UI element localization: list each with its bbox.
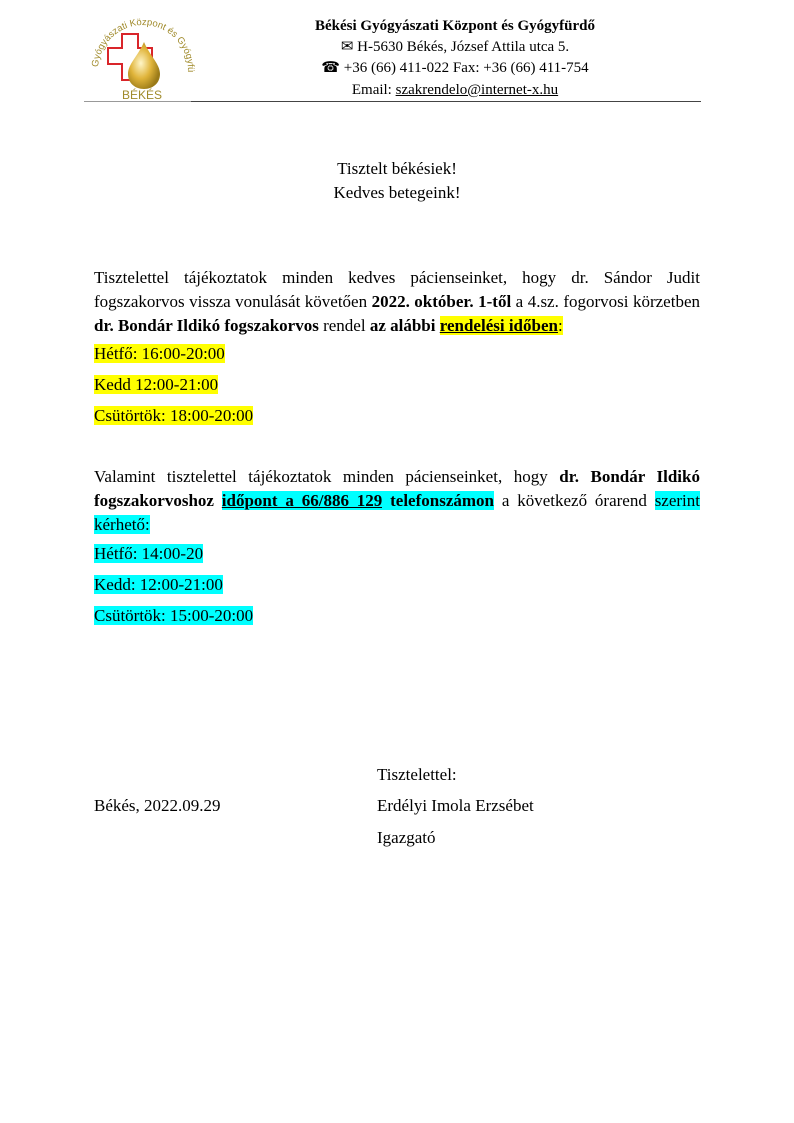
appointment-phone: időpont a 66/886 129 bbox=[222, 491, 382, 510]
office-hours-list: Hétfő: 16:00-20:00 Kedd 12:00-21:00 Csüt… bbox=[94, 343, 253, 436]
address-text: H-5630 Békés, József Attila utca 5. bbox=[357, 39, 569, 55]
envelope-icon: ✉ bbox=[341, 39, 354, 55]
text: Valamint tisztelettel tájékoztatok minde… bbox=[94, 467, 559, 486]
telephone-icon: ☎ bbox=[321, 60, 340, 76]
schedule-item: Csütörtök: 18:00-20:00 bbox=[94, 406, 253, 425]
address-line: ✉ H-5630 Békés, József Attila utca 5. bbox=[290, 37, 620, 58]
email-line: Email: szakrendelo@internet-x.hu bbox=[290, 80, 620, 101]
text: : bbox=[558, 316, 563, 335]
text: a 4.sz. fogorvosi körzetben bbox=[511, 292, 700, 311]
text: az alábbi bbox=[370, 316, 440, 335]
svg-text:BÉKÉS: BÉKÉS bbox=[122, 87, 162, 102]
announcement-paragraph: Tisztelettel tájékoztatok minden kedves … bbox=[94, 266, 700, 338]
doctor-name: dr. Bondár Ildikó fogszakorvos bbox=[94, 316, 319, 335]
signer-title: Igazgató bbox=[377, 827, 436, 849]
greeting-line-2: Kedves betegeink! bbox=[200, 181, 594, 205]
red-cross-and-golden-drop-icon: Gyógyászati Központ és Gyógyfürdő BÉKÉS bbox=[84, 12, 200, 102]
phone-text: +36 (66) 411-022 Fax: +36 (66) 411-754 bbox=[344, 60, 589, 76]
text bbox=[214, 491, 222, 510]
email-label: Email: bbox=[352, 82, 392, 98]
institution-logo: Gyógyászati Központ és Gyógyfürdő BÉKÉS bbox=[84, 12, 200, 102]
institution-name: Békési Gyógyászati Központ és Gyógyfürdő bbox=[290, 16, 620, 37]
header-divider bbox=[191, 101, 701, 102]
text: a következő órarend bbox=[494, 491, 647, 510]
office-hours-highlight: rendelési időben bbox=[440, 316, 558, 335]
schedule-item: Csütörtök: 15:00-20:00 bbox=[94, 606, 253, 625]
place-date: Békés, 2022.09.29 bbox=[94, 795, 221, 817]
signer-name: Erdélyi Imola Erzsébet bbox=[377, 795, 534, 817]
text: telefonszámon bbox=[382, 491, 494, 510]
appointment-hours-list: Hétfő: 14:00-20 Kedd: 12:00-21:00 Csütör… bbox=[94, 543, 253, 636]
schedule-item: Kedd: 12:00-21:00 bbox=[94, 575, 223, 594]
start-date: 2022. október. 1-től bbox=[372, 292, 512, 311]
schedule-item: Hétfő: 16:00-20:00 bbox=[94, 344, 225, 363]
header-divider-left bbox=[84, 101, 191, 102]
schedule-item: Kedd 12:00-21:00 bbox=[94, 375, 218, 394]
appointment-paragraph: Valamint tisztelettel tájékoztatok minde… bbox=[94, 465, 700, 537]
email-link[interactable]: szakrendelo@internet-x.hu bbox=[396, 82, 559, 98]
phone-line: ☎ +36 (66) 411-022 Fax: +36 (66) 411-754 bbox=[290, 58, 620, 79]
schedule-item: Hétfő: 14:00-20 bbox=[94, 544, 203, 563]
greeting-line-1: Tisztelt békésiek! bbox=[200, 157, 594, 181]
closing: Tisztelettel: bbox=[377, 764, 457, 786]
text: rendel bbox=[319, 316, 370, 335]
